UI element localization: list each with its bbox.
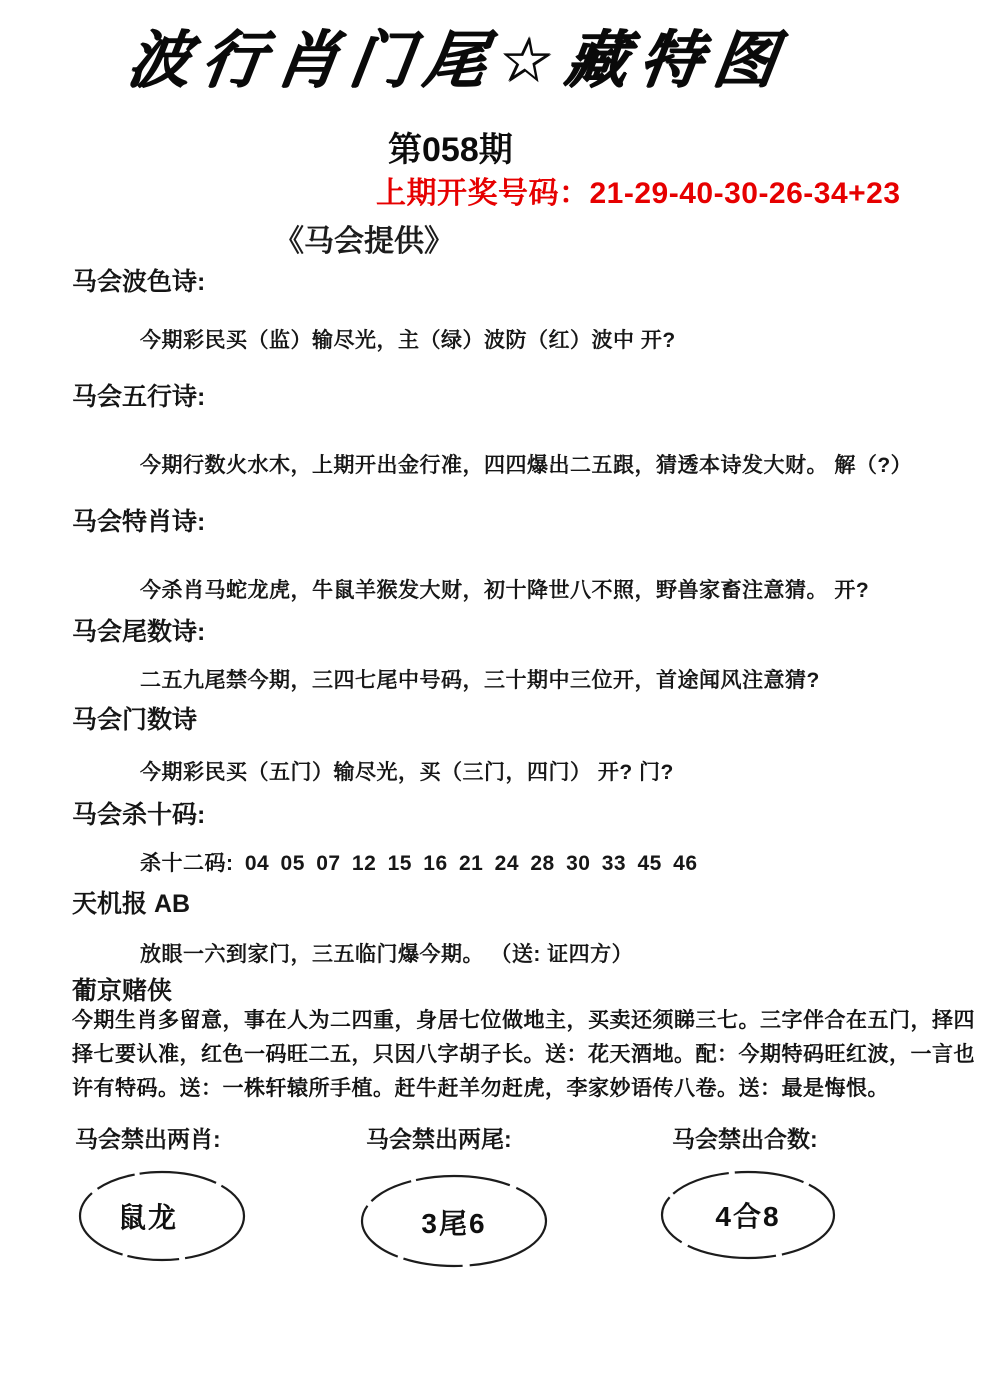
section-wuxing-label: 马会五行诗:	[72, 377, 205, 413]
forbidden-tail-value: 3尾6	[421, 1202, 486, 1242]
section-weishu-content: 二五九尾禁今期，三四七尾中号码，三十期中三位开，首途闻风注意猜?	[140, 664, 820, 694]
provider-note: 《马会提供》	[274, 216, 454, 260]
forbidden-zodiac-label: 马会禁出两肖:	[75, 1121, 221, 1154]
forbidden-sum-oval: 4合8	[658, 1168, 838, 1262]
forbidden-tail-oval: 3尾6	[358, 1173, 550, 1270]
last-draw-numbers: 上期开奖号码：21-29-40-30-26-34+23	[376, 168, 901, 212]
forbidden-tail-label: 马会禁出两尾:	[366, 1121, 512, 1154]
section-menshu-content: 今期彩民买（五门）输尽光，买（三门，四门） 开? 门?	[140, 756, 674, 786]
pujing-line-1: 今期生肖多留意，事在人为二四重，身居七位做地主，买卖还须睇三七。三字伴合在五门，…	[72, 1004, 975, 1034]
pujing-line-3: 许有特码。送：一株轩辕所手植。赶牛赶羊勿赶虎，李家妙语传八卷。送：最是悔恨。	[72, 1072, 889, 1102]
section-bose-content: 今期彩民买（监）输尽光，主（绿）波防（红）波中 开?	[140, 324, 676, 354]
forbidden-sum-value: 4合8	[715, 1195, 780, 1235]
section-shama-content: 杀十二码: 04 05 07 12 15 16 21 24 28 30 33 4…	[140, 847, 698, 877]
pujing-line-2: 择七要认准，红色一码旺二五，只因八字胡子长。送：花天酒地。配：今期特码旺红波，一…	[72, 1038, 975, 1068]
section-texiao-label: 马会特肖诗:	[72, 502, 205, 538]
tip-sheet-page: { "page": { "title": "波行肖门尾☆藏特图", "issue…	[0, 0, 981, 1388]
section-tianji-label: 天机报 AB	[72, 884, 190, 920]
section-weishu-label: 马会尾数诗:	[72, 612, 205, 648]
section-texiao-content: 今杀肖马蛇龙虎，牛鼠羊猴发大财，初十降世八不照，野兽家畜注意猜。 开?	[140, 574, 869, 604]
section-menshu-label: 马会门数诗	[72, 700, 197, 736]
issue-number: 第058期	[388, 122, 513, 171]
section-wuxing-content: 今期行数火水木，上期开出金行准，四四爆出二五跟，猜透本诗发大财。 解（?）	[140, 449, 912, 479]
page-title: 波行肖门尾☆藏特图	[123, 22, 793, 100]
section-shama-label: 马会杀十码:	[72, 795, 205, 831]
section-tianji-content: 放眼一六到家门，三五临门爆今期。 （送: 证四方）	[140, 938, 633, 968]
forbidden-zodiac-oval: 鼠龙	[76, 1168, 248, 1264]
forbidden-sum-label: 马会禁出合数:	[672, 1121, 818, 1154]
section-pujing-label: 葡京赌侠	[72, 971, 172, 1007]
forbidden-zodiac-value: 鼠龙	[118, 1196, 178, 1236]
section-bose-label: 马会波色诗:	[72, 262, 205, 298]
